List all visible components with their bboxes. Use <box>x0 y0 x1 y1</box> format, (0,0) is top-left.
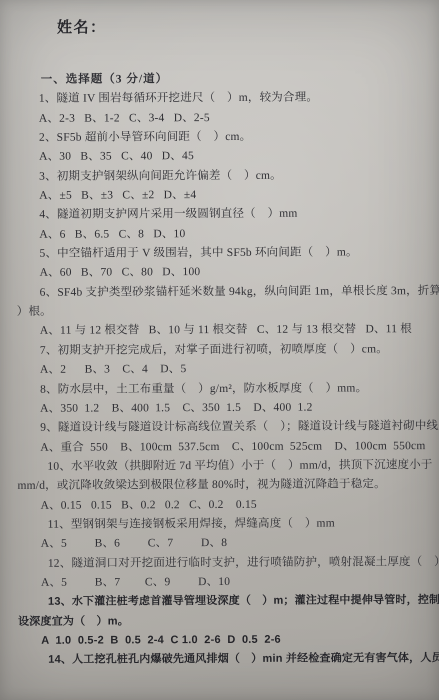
question-line: 13、水下灌注桩考虑首灌导管埋设深度（ ）m；灌注过程中提伸导管时，控制导管埋 <box>1 591 439 612</box>
name-label: 姓名： <box>57 16 107 37</box>
continuation-line: ）根。 <box>0 301 439 322</box>
question-line: 8、防水层中，土工布重量（ ）g/m²，防水板厚度（ ）mm。 <box>0 379 439 400</box>
options-line: A、350 1.2 B、400 1.5 C、350 1.5 D、400 1.2 <box>0 398 439 419</box>
question-line: 1、隧道 IV 围岩每循环开挖进尺（ ）m，较为合理。 <box>0 88 438 109</box>
options-line: A、重合 550 B、100cm 537.5cm C、100cm 525cm D… <box>0 437 439 458</box>
question-line: 12、隧道洞口对开挖面进行临时支护，进行喷锚防护，喷射混凝土厚度（ ）mm <box>1 553 439 574</box>
question-line: 10、水平收敛（拱脚附近 7d 平均值）小于（ ）mm/d，拱顶下沉速度小于（ … <box>0 456 439 477</box>
options-line: A、5 B、6 C、7 D、8 <box>1 533 439 554</box>
continuation-line: 设深度宜为（ ）m。 <box>1 611 439 632</box>
question-line: 14、人工挖孔桩孔内爆破先通风排烟（ ）min 并经检查确定无有害气体，人员方能 <box>1 649 439 670</box>
document-lines: 一、选择题（3 分/道）1、隧道 IV 围岩每循环开挖进尺（ ）m，较为合理。A… <box>0 69 439 671</box>
exam-paper-photo: 姓名： 一、选择题（3 分/道）1、隧道 IV 围岩每循环开挖进尺（ ）m，较为… <box>0 0 439 700</box>
options-line: A、6 B、6.5 C、8 D、10 <box>0 224 438 245</box>
question-line: 2、SF5b 超前小导管环向间距（ ）cm。 <box>0 127 438 148</box>
options-line: A、5 B、7 C、9 D、10 <box>1 572 439 593</box>
options-line: A 1.0 0.5-2 B 0.5 2-4 C 1.0 2-6 D 0.5 2-… <box>1 630 439 651</box>
options-line: A、2-3 B、1-2 C、3-4 D、2-5 <box>0 108 438 129</box>
question-line: 5、中空锚杆适用于 V 级围岩，其中 SF5b 环向间距（ ）m。 <box>0 243 439 264</box>
options-line: A、±5 B、±3 C、±2 D、±4 <box>0 185 438 206</box>
continuation-line: mm/d，或沉降收敛梁达到极限位移量 80%时，视为隧道沉降趋于稳定。 <box>0 475 439 496</box>
options-line: A、0.15 0.15 B、0.2 0.2 C、0.2 0.15 <box>1 495 439 516</box>
options-line: A、11 与 12 根交替 B、10 与 11 根交替 C、12 与 13 根交… <box>0 321 439 342</box>
section-title: 一、选择题（3 分/道） <box>0 69 438 90</box>
question-line: 4、隧道初期支护网片采用一级圆钢直径（ ）mm <box>0 204 438 225</box>
options-line: A、30 B、35 C、40 D、45 <box>0 146 438 167</box>
question-line: 7、初期支护开挖完成后，对掌子面进行初喷，初喷厚度（ ）cm。 <box>0 340 439 361</box>
question-line: 3、初期支护钢架纵向间距允许偏差（ ）cm。 <box>0 166 438 187</box>
options-line: A、2 B、3 C、4 D、5 <box>0 359 439 380</box>
options-line: A、60 B、70 C、80 D、100 <box>0 262 439 283</box>
question-line: 9、隧道设计线与隧道设计标高线位置关系（ ）；隧道设计线与隧道衬砌中线关系（ ）… <box>0 417 439 438</box>
question-line: 11、型钢钢架与连接钢板采用焊接，焊缝高度（ ）mm <box>1 514 439 535</box>
question-line: 6、SF4b 支护类型砂浆锚杆延米数量 94kg，纵向间距 1m，单根长度 3m… <box>0 282 439 303</box>
